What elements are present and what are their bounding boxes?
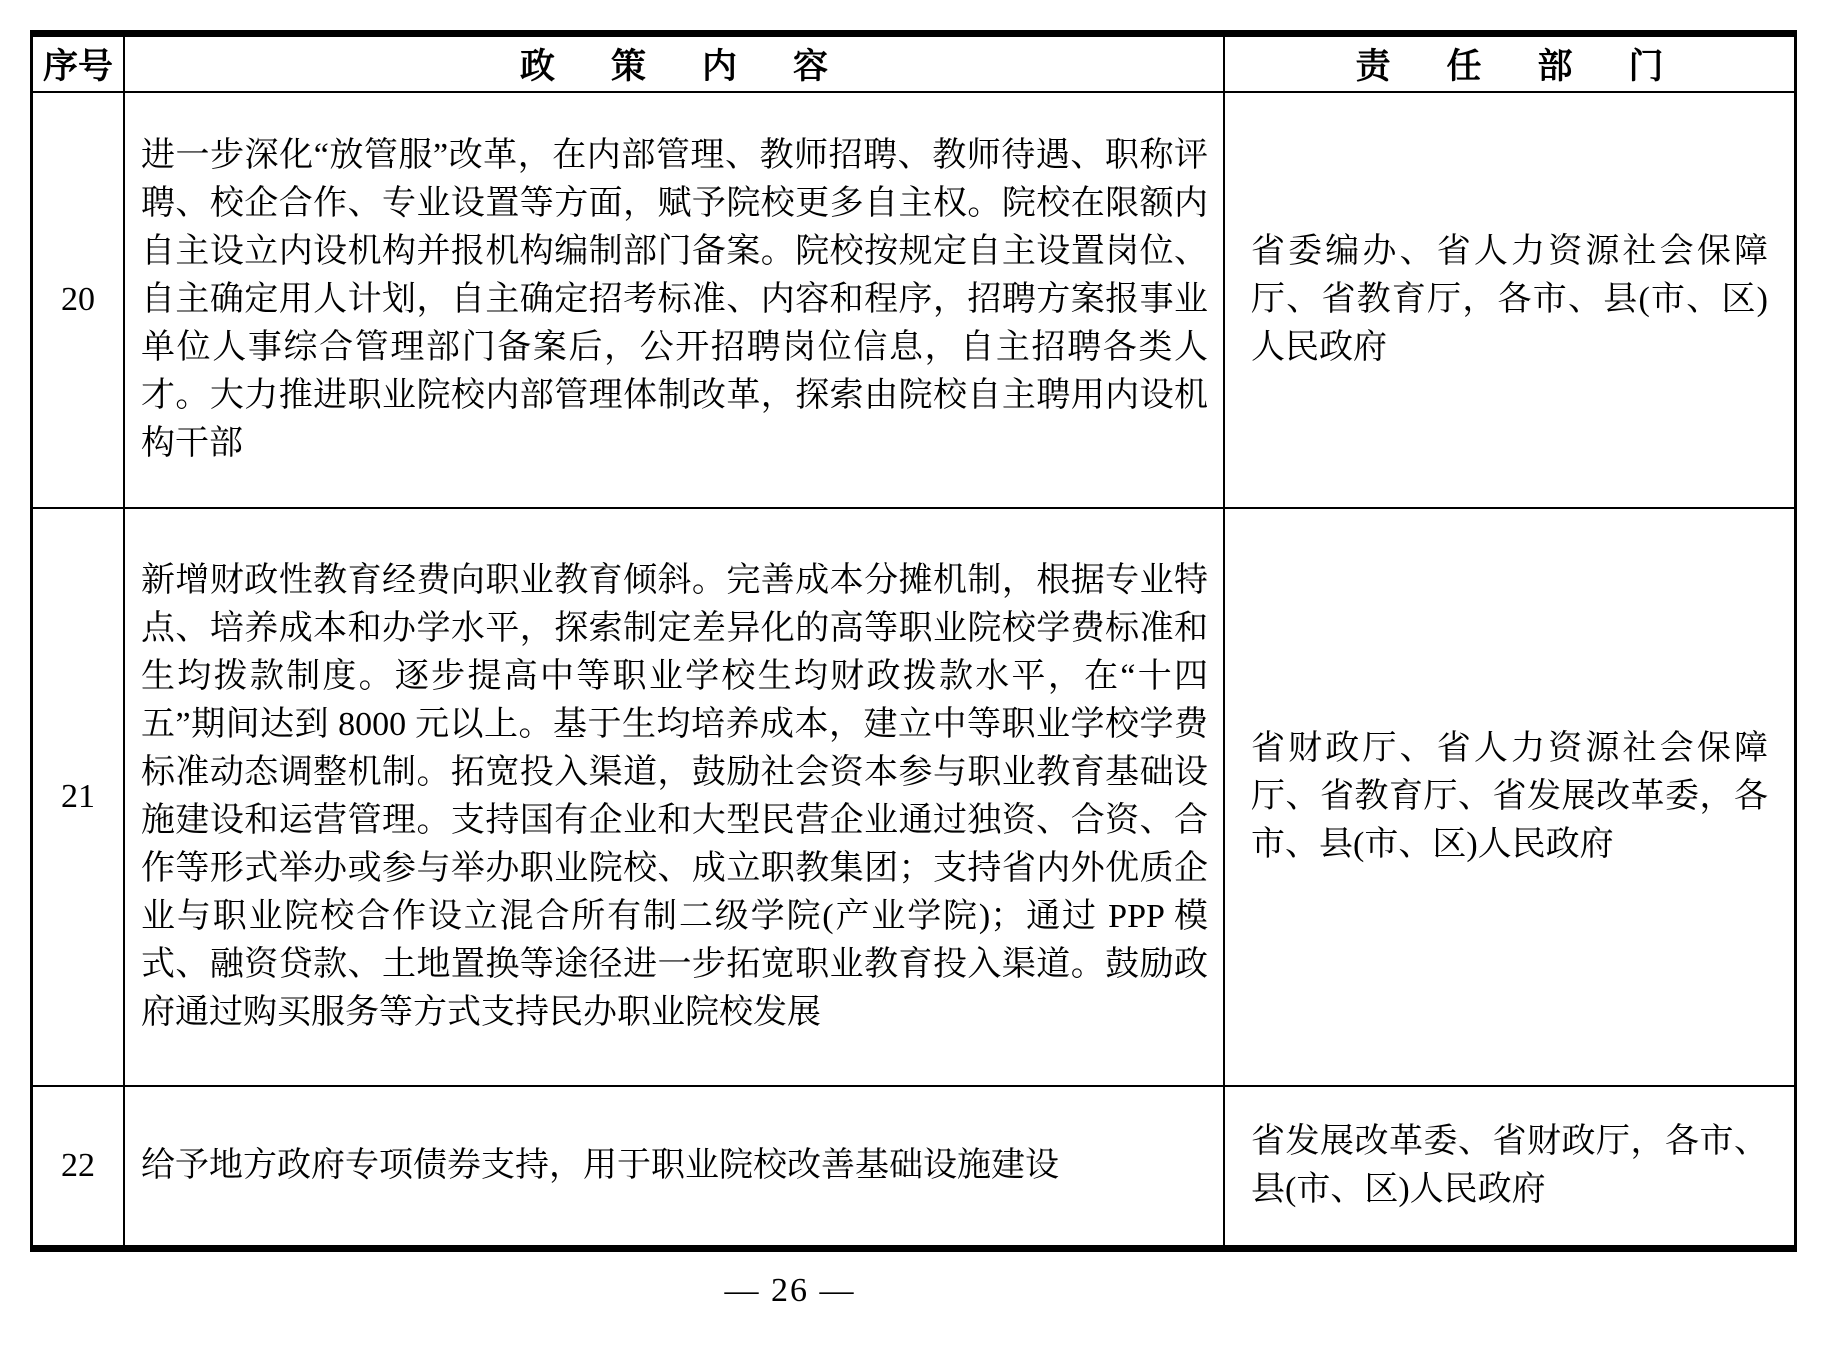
header-responsible-department: 责任部门 <box>1225 37 1794 93</box>
policy-text: 进一步深化“放管服”改革，在内部管理、教师招聘、教师待遇、职称评聘、校企合作、专… <box>141 132 1208 468</box>
document-page: 序号 政策内容 责任部门 20 进一步深化“放管服”改革，在内部管理、教师招聘、… <box>0 0 1827 1359</box>
row-number: 22 <box>61 1147 95 1185</box>
header-policy-content-label: 政策内容 <box>520 39 884 89</box>
table-row-20-department: 省委编办、省人力资源社会保障厅、省教育厅，各市、县(市、区)人民政府 <box>1225 93 1794 509</box>
table-row-21-number: 21 <box>33 509 125 1087</box>
header-policy-content: 政策内容 <box>125 37 1225 93</box>
table-row-21-department: 省财政厅、省人力资源社会保障厅、省教育厅、省发展改革委，各市、县(市、区)人民政… <box>1225 509 1794 1087</box>
table-row-21-policy: 新增财政性教育经费向职业教育倾斜。完善成本分摊机制，根据专业特点、培养成本和办学… <box>125 509 1225 1087</box>
policy-table: 序号 政策内容 责任部门 20 进一步深化“放管服”改革，在内部管理、教师招聘、… <box>30 30 1797 1252</box>
header-responsible-department-label: 责任部门 <box>1355 39 1719 89</box>
header-serial-number: 序号 <box>33 37 125 93</box>
department-text: 省发展改革委、省财政厅，各市、县(市、区)人民政府 <box>1251 1118 1768 1214</box>
policy-text: 给予地方政府专项债券支持，用于职业院校改善基础设施建设 <box>141 1142 1208 1190</box>
policy-text: 新增财政性教育经费向职业教育倾斜。完善成本分摊机制，根据专业特点、培养成本和办学… <box>141 557 1208 1037</box>
header-serial-number-label: 序号 <box>43 39 113 89</box>
page-number: — 26 — <box>0 1272 1580 1310</box>
table-row-22-policy: 给予地方政府专项债券支持，用于职业院校改善基础设施建设 <box>125 1087 1225 1245</box>
department-text: 省财政厅、省人力资源社会保障厅、省教育厅、省发展改革委，各市、县(市、区)人民政… <box>1251 725 1768 869</box>
row-number: 21 <box>61 778 95 816</box>
table-row-22-number: 22 <box>33 1087 125 1245</box>
table-row-20-number: 20 <box>33 93 125 509</box>
table-row-20-policy: 进一步深化“放管服”改革，在内部管理、教师招聘、教师待遇、职称评聘、校企合作、专… <box>125 93 1225 509</box>
department-text: 省委编办、省人力资源社会保障厅、省教育厅，各市、县(市、区)人民政府 <box>1251 228 1768 372</box>
table-row-22-department: 省发展改革委、省财政厅，各市、县(市、区)人民政府 <box>1225 1087 1794 1245</box>
row-number: 20 <box>61 281 95 319</box>
